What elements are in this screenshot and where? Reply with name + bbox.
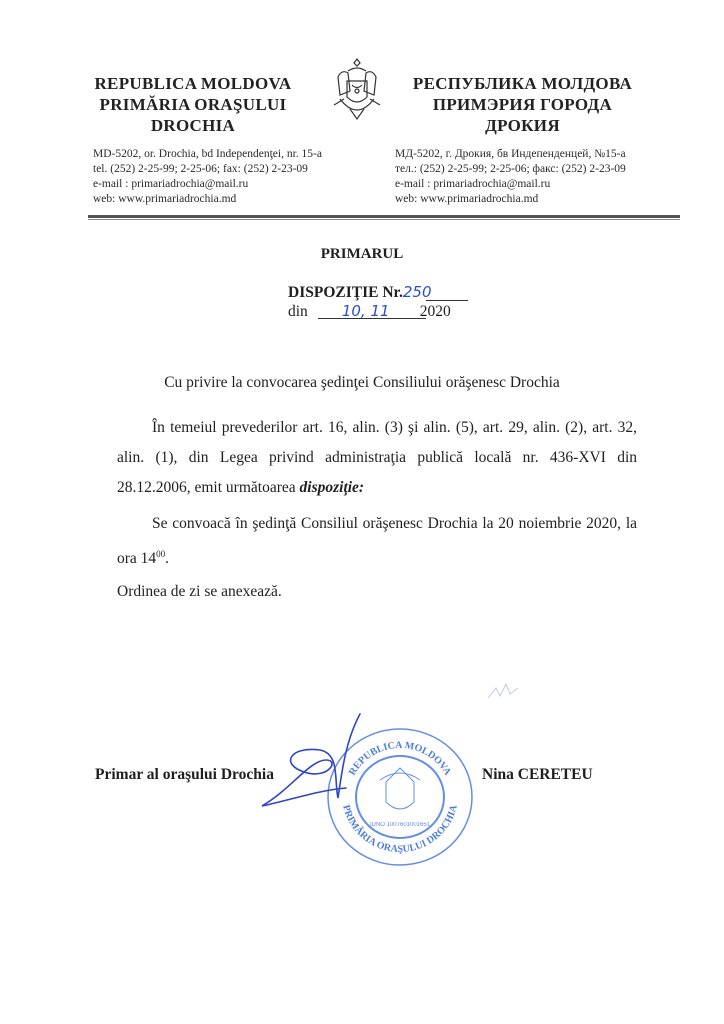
handwritten-signature <box>250 710 390 820</box>
contact-phone-ru: тел.: (252) 2-25-99; 2-25-06; факс: (252… <box>395 162 626 177</box>
header-left-line-1: REPUBLICA MOLDOVA <box>78 73 308 94</box>
authority-heading: PRIMARUL <box>0 246 724 263</box>
contact-email-ru: e-mail : primariadrochia@mail.ru <box>395 177 626 192</box>
date-underline <box>318 318 426 319</box>
header-left-line-3: DROCHIA <box>78 115 308 136</box>
header-right-line-3: ДРОКИЯ <box>395 115 650 136</box>
signatory-name: Nina CERETEU <box>482 766 593 784</box>
header-right-title: РЕСПУБЛИКА МОЛДОВА ПРИМЭРИЯ ГОРОДА ДРОКИ… <box>395 73 650 136</box>
document-body: În temeiul prevederilor art. 16, alin. (… <box>117 413 637 574</box>
document-subject: Cu privire la convocarea şedinţei Consil… <box>0 374 724 392</box>
paragraph-agenda: Ordinea de zi se anexează. <box>117 577 282 607</box>
dispozitie-emphasis: dispoziţie: <box>300 479 365 496</box>
contact-web-ru: web: www.primariadrochia.md <box>395 192 626 207</box>
header-divider <box>88 215 680 218</box>
disposition-label: DISPOZIŢIE Nr. <box>288 284 403 301</box>
time-superscript: 00 <box>156 549 165 559</box>
header-left-line-2: PRIMĂRIA ORAŞULUI <box>78 94 308 115</box>
signatory-position: Primar al oraşului Drochia <box>95 766 274 784</box>
handwritten-number: 250 <box>403 283 432 301</box>
contact-phone: tel. (252) 2-25-99; 2-25-06; fax: (252) … <box>93 162 322 177</box>
moldova-coat-of-arms-icon <box>328 55 386 125</box>
header-right-line-2: ПРИМЭРИЯ ГОРОДА <box>395 94 650 115</box>
svg-text:IDNO 1007601001651: IDNO 1007601001651 <box>370 822 431 828</box>
header-right-line-1: РЕСПУБЛИКА МОЛДОВА <box>395 73 650 94</box>
date-prefix: din <box>288 303 308 320</box>
scan-mark <box>484 680 524 704</box>
contact-email: e-mail : primariadrochia@mail.ru <box>93 177 322 192</box>
contact-address: MD-5202, or. Drochia, bd Independenţei, … <box>93 147 322 162</box>
paragraph-legal-basis: În temeiul prevederilor art. 16, alin. (… <box>117 413 637 503</box>
number-underline <box>426 300 468 301</box>
contact-web: web: www.primariadrochia.md <box>93 192 322 207</box>
contact-address-ru: МД-5202, г. Дрокия, бв Индепенденцей, №1… <box>395 147 626 162</box>
paragraph-convocation: Se convoacă în şedinţă Consiliul orăşene… <box>117 509 637 574</box>
header-left-title: REPUBLICA MOLDOVA PRIMĂRIA ORAŞULUI DROC… <box>78 73 308 136</box>
header-left-contact: MD-5202, or. Drochia, bd Independenţei, … <box>93 147 322 207</box>
header-divider-thin <box>88 219 680 220</box>
header-right-contact: МД-5202, г. Дрокия, бв Индепенденцей, №1… <box>395 147 626 207</box>
disposition-number: DISPOZIŢIE Nr.250 <box>288 283 432 302</box>
